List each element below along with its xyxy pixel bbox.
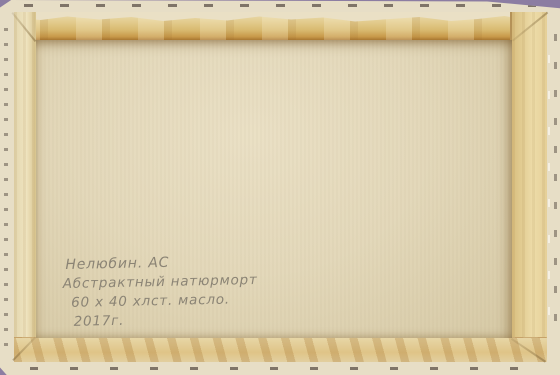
stretched-canvas-back: Нелюбин. АС Абстрактный натюрморт 60 х 4… xyxy=(0,0,560,375)
stretcher-bar-bottom xyxy=(14,337,547,362)
stretcher-bar-left xyxy=(14,12,36,362)
painting-back-photo: Нелюбин. АС Абстрактный натюрморт 60 х 4… xyxy=(0,0,560,375)
inscription-year: 2017г. xyxy=(63,309,258,332)
staple-marks-left xyxy=(4,28,8,347)
staple-marks-right xyxy=(554,34,557,341)
staples-right-wood xyxy=(548,55,550,320)
canvas-fold-edge xyxy=(14,12,547,22)
stretcher-bar-right xyxy=(510,12,547,362)
canvas-back-surface: Нелюбин. АС Абстрактный натюрморт 60 х 4… xyxy=(36,40,512,338)
artist-inscription: Нелюбин. АС Абстрактный натюрморт 60 х 4… xyxy=(62,252,258,332)
staple-marks-top xyxy=(24,4,536,7)
staple-marks-bottom xyxy=(30,367,530,370)
stretcher-bar-top xyxy=(14,12,547,42)
inscription-size-medium: 60 х 40 хлст. масло. xyxy=(63,290,258,313)
